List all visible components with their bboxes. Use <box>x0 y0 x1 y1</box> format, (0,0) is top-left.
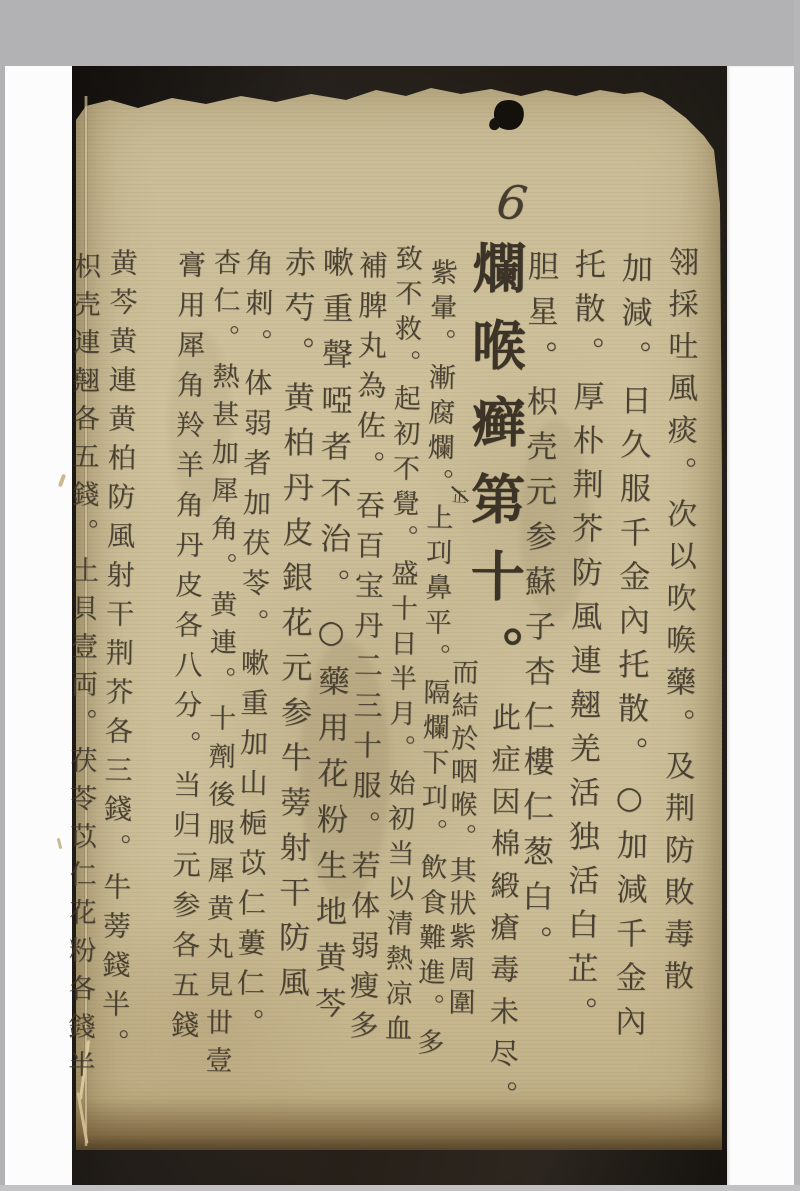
subcolumn-right: 此症因棉緞瘡毒未尽。 <box>487 702 519 1122</box>
scanner-background-bottom <box>0 1185 800 1191</box>
text-column-15: 枳壳連翹各五錢。土貝壹両。茯苓苡仁花粉各錢半 <box>65 252 98 1088</box>
text-column-2: 加減。日久服千金內托散。○加減千金內 <box>611 252 649 1049</box>
text-column-1: 翎採吐風痰。次以吹㗋藥。及荆防敗毒散 <box>660 246 695 1002</box>
text-column-14: 黄芩黄連黄柏防風射干荆芥各三錢。牛蒡錢半。 <box>99 248 136 1067</box>
text-column-9: 嗽重聲啞者不治。○藥用花粉生地黄芩 <box>311 246 350 1033</box>
subcolumn-left: 而結於咽喉。其狀紫周圍 <box>445 658 476 1021</box>
scanned-manuscript-page: 6 翎採吐風痰。次以吹㗋藥。及荆防敗毒散加減。日久服千金內托散。○加減千金內托散… <box>0 0 800 1191</box>
scanner-background-left <box>0 0 5 1191</box>
text-column-10: 赤芍。黄柏丹皮銀花元参牛蒡射干防風 <box>274 246 312 1011</box>
text-layer: 翎採吐風痰。次以吹㗋藥。及荆防敗毒散加減。日久服千金內托散。○加減千金內托散。厚… <box>0 0 800 1191</box>
section-title-column: 爛喉癣第十。 <box>467 240 523 702</box>
text-column-3: 托散。厚朴荆芥防風連翹羌活独活白芷。 <box>563 248 602 1040</box>
text-column-8: 補脾丸為佐。吞百宝丹二三十服。若体弱瘦多 <box>347 250 386 1050</box>
text-column-13: 膏用犀角羚羊角丹皮各八分。当归元参各五錢 <box>169 250 204 1050</box>
text-column-11: 角刺。体弱者加茯苓。嗽重加山梔苡仁蔞仁。 <box>234 248 272 1048</box>
insertion-correction-mark: 正 <box>451 486 467 508</box>
scanner-background-right <box>794 0 800 1191</box>
